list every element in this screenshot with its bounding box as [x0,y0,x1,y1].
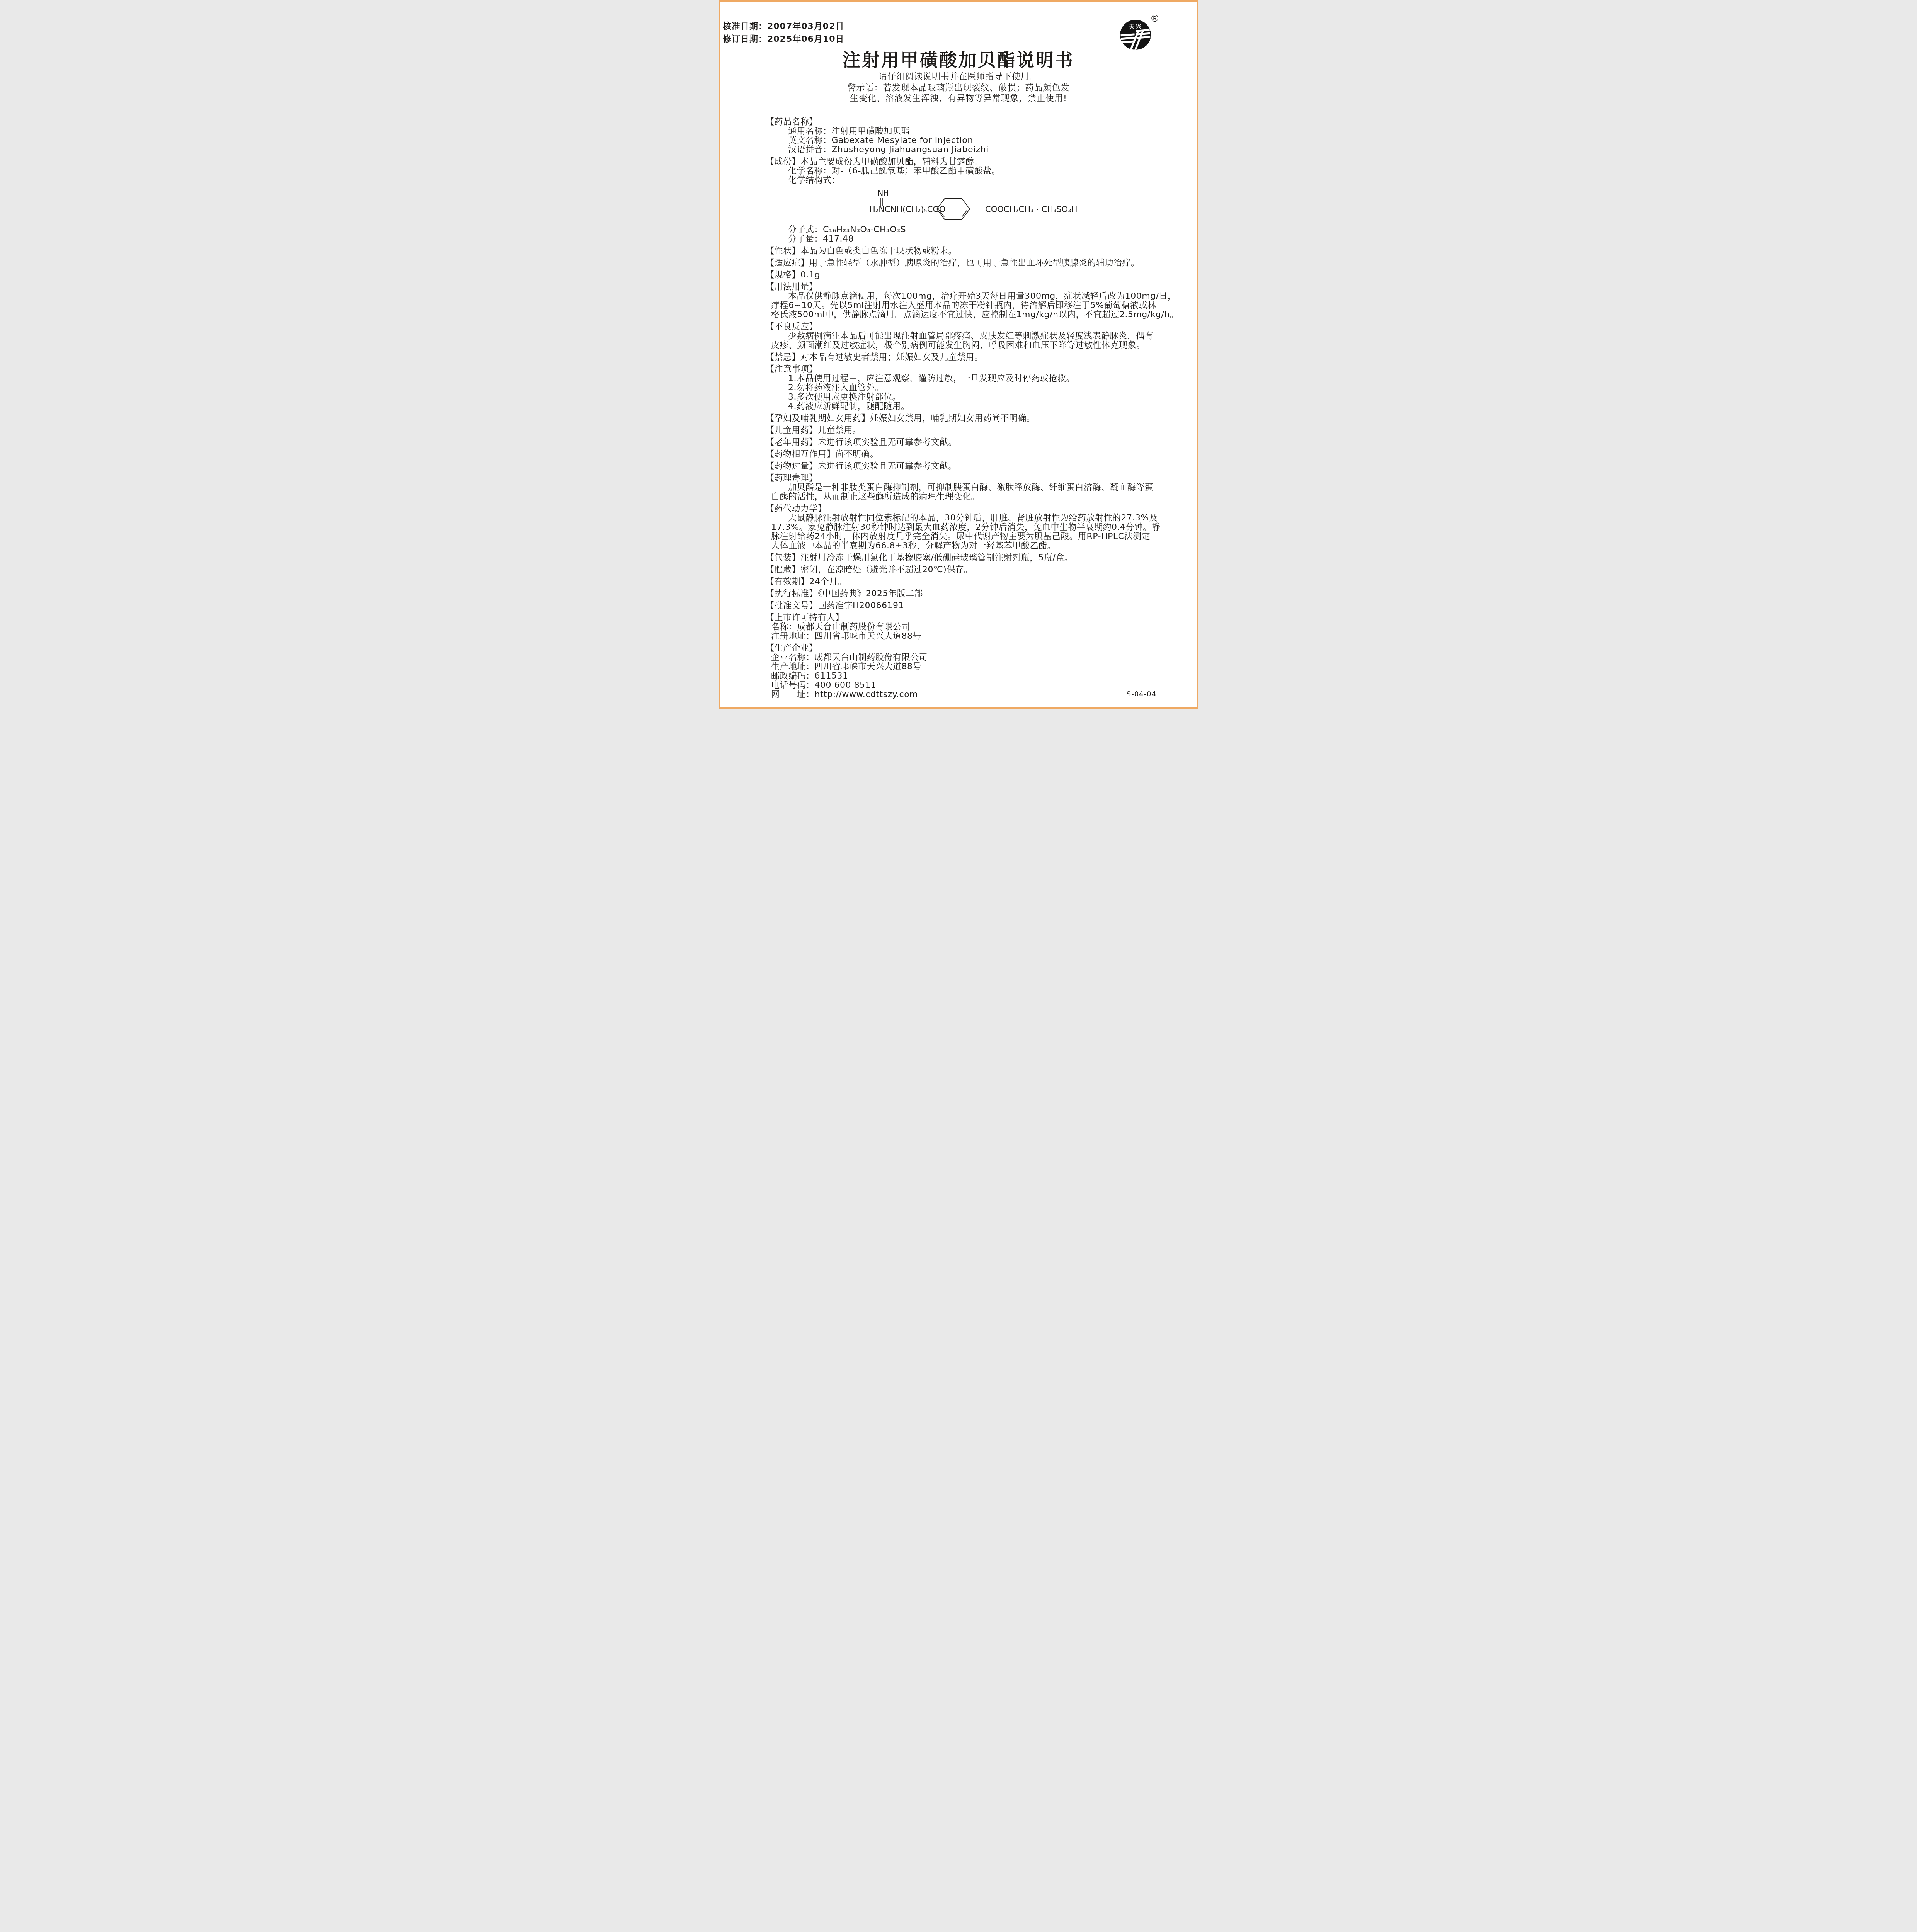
section-specification: 【规格】0.1g [766,270,1156,280]
pharmacology-line-1: 加贝酯是一种非肽类蛋白酶抑制剂，可抑制胰蛋白酶、激肽释放酶、纤维蛋白溶酶、凝血酶… [766,483,1156,492]
section-dosage: 【用法用量】 本品仅供静脉点滴使用，每次100mg，治疗开始3天每日用量300m… [766,282,1156,320]
pinyin-line: 汉语拼音：Zhusheyong Jiahuangsuan Jiabeizhi [766,145,1156,155]
section-standard-label: 【执行标准】 [766,589,818,599]
section-license-holder: 【上市许可持有人】 名称：成都天台山制药股份有限公司 注册地址：四川省邛崃市天兴… [766,613,1156,641]
chemical-structure-diagram: NH H₂NCNH(CH₂)₅COO COOCH₂CH₃ · CH₃SO₃ [766,187,1159,224]
section-elderly: 【老年用药】未进行该项实验且无可靠参考文献。 [766,438,1156,447]
specification-text: 0.1g [800,270,820,280]
structure-label-line: 化学结构式： [766,176,1156,185]
children-text: 儿童禁用。 [818,425,861,435]
dosage-line-3: 格氏液500ml中，供静脉点滴用。点滴速度不宜过快，应控制在1mg/kg/h以内… [766,310,1156,320]
section-composition: 【成份】本品主要成份为甲磺酸加贝酯，辅料为甘露醇。 化学名称：对-（6-胍己酰氧… [766,157,1156,244]
elderly-text: 未进行该项实验且无可靠参考文献。 [818,437,957,447]
license-holder-address-line: 注册地址：四川省邛崃市天兴大道88号 [766,632,1156,641]
section-adverse-label: 【不良反应】 [766,322,1156,332]
storage-line: 【贮藏】密闭，在凉暗处（避光并不超过20℃)保存。 [766,565,1156,575]
section-specification-label: 【规格】 [766,270,800,280]
warning-statement: 警示语：若发现本品玻璃瓶出现裂纹、破损；药品颜色发 生变化、溶液发生浑浊、有异物… [720,83,1197,104]
indications-text: 用于急性轻型（水肿型）胰腺炎的治疗，也可用于急性出血坏死型胰腺炎的辅助治疗。 [809,258,1140,268]
section-indications-label: 【适应症】 [766,258,809,268]
pharmacokinetics-line-1: 大鼠静脉注射放射性同位素标记的本品，30分钟后，肝脏、肾脏放射性为给药放射性的2… [766,514,1156,523]
pharmacology-line-2: 白酶的活性，从而制止这些酶所造成的病理生理变化。 [766,492,1156,502]
overdose-text: 未进行该项实验且无可靠参考文献。 [818,461,957,471]
pharmacokinetics-line-2: 17.3%。家兔静脉注射30秒钟时达到最大血药浓度，2分钟后消失，兔血中生物半衰… [766,523,1156,532]
manufacturer-website-line: 网 址：http://www.cdttszy.com S-04-04 [766,690,1156,699]
page-title: 注射用甲磺酸加贝酯说明书 [720,49,1197,70]
contraindications-text: 对本品有过敏史者禁用；妊娠妇女及儿童禁用。 [800,352,983,362]
dosage-line-2: 疗程6~10天。先以5ml注射用水注入盛用本品的冻干粉针瓶内，待溶解后即移注于5… [766,301,1156,310]
section-pharmacokinetics-label: 【药代动力学】 [766,504,1156,514]
standard-line: 【执行标准】《中国药典》2025年版二部 [766,589,1156,599]
read-instruction-note: 请仔细阅读说明书并在医师指导下使用。 [720,72,1197,82]
packaging-line: 【包装】注射用冷冻干燥用氯化丁基橡胶塞/低硼硅玻璃管制注射剂瓶，5瓶/盒。 [766,553,1156,563]
section-storage-label: 【贮藏】 [766,565,800,575]
adverse-line-1: 少数病例滴注本品后可能出现注射血管局部疼痛、皮肤发红等刺激症状及轻度浅表静脉炎，… [766,332,1156,341]
section-overdose: 【药物过量】未进行该项实验且无可靠参考文献。 [766,462,1156,471]
elderly-line: 【老年用药】未进行该项实验且无可靠参考文献。 [766,438,1156,447]
section-pharmacokinetics: 【药代动力学】 大鼠静脉注射放射性同位素标记的本品，30分钟后，肝脏、肾脏放射性… [766,504,1156,551]
logo-brand-text: 天兴 [1129,23,1142,30]
manufacturer-name-line: 企业名称：成都天台山制药股份有限公司 [766,653,1156,662]
manufacturer-postcode-line: 邮政编码：611531 [766,672,1156,681]
pregnancy-line: 【孕妇及哺乳期妇女用药】妊娠妇女禁用，哺乳期妇女用药尚不明确。 [766,414,1156,423]
section-contraindications: 【禁忌】对本品有过敏史者禁用；妊娠妇女及儿童禁用。 [766,353,1156,362]
section-drug-name: 【药品名称】 通用名称：注射用甲磺酸加贝酯 英文名称：Gabexate Mesy… [766,117,1156,155]
section-children-label: 【儿童用药】 [766,425,818,435]
structure-left-chain: H₂NCNH(CH₂)₅COO [869,205,945,214]
section-dosage-label: 【用法用量】 [766,282,1156,292]
section-validity-label: 【有效期】 [766,577,809,587]
section-contraindications-label: 【禁忌】 [766,352,800,362]
molecular-weight-line: 分子量：417.48 [766,235,1156,244]
section-packaging: 【包装】注射用冷冻干燥用氯化丁基橡胶塞/低硼硅玻璃管制注射剂瓶，5瓶/盒。 [766,553,1156,563]
precaution-item-3: 3.多次使用应更换注射部位。 [766,393,1156,402]
warning-line-1: 警示语：若发现本品玻璃瓶出现裂纹、破损；药品颜色发 [720,83,1197,93]
section-properties: 【性状】本品为白色或类白色冻干块状物或粉末。 [766,247,1156,256]
section-composition-label: 【成份】 [766,157,800,167]
properties-text: 本品为白色或类白色冻干块状物或粉末。 [800,246,957,256]
section-interactions: 【药物相互作用】尚不明确。 [766,450,1156,459]
chemical-structure: NH H₂NCNH(CH₂)₅COO COOCH₂CH₃ · CH₃SO₃ [766,187,1156,224]
section-approval-number-label: 【批准文号】 [766,601,818,611]
chemical-name-line: 化学名称：对-（6-胍己酰氧基）苯甲酸乙酯甲磺酸盐。 [766,167,1156,176]
precaution-item-1: 1.本品使用过程中，应注意观察，谨防过敏，一旦发现应及时停药或抢救。 [766,374,1156,383]
section-interactions-label: 【药物相互作用】 [766,449,835,459]
standard-text: 《中国药典》2025年版二部 [818,589,923,599]
section-validity: 【有效期】24个月。 [766,577,1156,587]
storage-text: 密闭，在凉暗处（避光并不超过20℃)保存。 [800,565,973,575]
section-manufacturer-label: 【生产企业】 [766,644,1156,653]
section-pregnancy: 【孕妇及哺乳期妇女用药】妊娠妇女禁用，哺乳期妇女用药尚不明确。 [766,414,1156,423]
english-name-line: 英文名称：Gabexate Mesylate for Injection [766,136,1156,145]
section-approval-number: 【批准文号】国药准字H20066191 [766,601,1156,611]
section-precautions: 【注意事项】 1.本品使用过程中，应注意观察，谨防过敏，一旦发现应及时停药或抢救… [766,365,1156,411]
composition-text: 本品主要成份为甲磺酸加贝酯，辅料为甘露醇。 [800,157,983,167]
validity-line: 【有效期】24个月。 [766,577,1156,587]
contraindications-line: 【禁忌】对本品有过敏史者禁用；妊娠妇女及儿童禁用。 [766,353,1156,362]
section-manufacturer: 【生产企业】 企业名称：成都天台山制药股份有限公司 生产地址：四川省邛崃市天兴大… [766,644,1156,699]
manufacturer-phone-line: 电话号码：400 600 8511 [766,681,1156,690]
packaging-text: 注射用冷冻干燥用氯化丁基橡胶塞/低硼硅玻璃管制注射剂瓶，5瓶/盒。 [800,553,1073,563]
interactions-text: 尚不明确。 [835,449,879,459]
children-line: 【儿童用药】儿童禁用。 [766,426,1156,435]
molecular-formula-line: 分子式：C₁₆H₂₃N₃O₄·CH₄O₃S [766,225,1156,235]
approval-number-line: 【批准文号】国药准字H20066191 [766,601,1156,611]
manufacturer-website-text: 网 址：http://www.cdttszy.com [771,690,918,699]
section-standard: 【执行标准】《中国药典》2025年版二部 [766,589,1156,599]
section-pharmacology-label: 【药理毒理】 [766,474,1156,483]
section-adverse-reactions: 【不良反应】 少数病例滴注本品后可能出现注射血管局部疼痛、皮肤发红等刺激症状及轻… [766,322,1156,350]
tianxing-logo: 天兴 ® [1119,17,1162,53]
overdose-line: 【药物过量】未进行该项实验且无可靠参考文献。 [766,462,1156,471]
section-pregnancy-label: 【孕妇及哺乳期妇女用药】 [766,413,870,423]
indications-line: 【适应症】用于急性轻型（水肿型）胰腺炎的治疗，也可用于急性出血坏死型胰腺炎的辅助… [766,259,1156,268]
structure-imine-label: NH [878,189,889,198]
generic-name-line: 通用名称：注射用甲磺酸加贝酯 [766,127,1156,136]
section-precautions-label: 【注意事项】 [766,365,1156,374]
pregnancy-text: 妊娠妇女禁用，哺乳期妇女用药尚不明确。 [870,413,1035,423]
section-license-holder-label: 【上市许可持有人】 [766,613,1156,622]
section-pharmacology: 【药理毒理】 加贝酯是一种非肽类蛋白酶抑制剂，可抑制胰蛋白酶、激肽释放酶、纤维蛋… [766,474,1156,502]
section-elderly-label: 【老年用药】 [766,437,818,447]
leaflet-body: 【药品名称】 通用名称：注射用甲磺酸加贝酯 英文名称：Gabexate Mesy… [720,117,1197,699]
validity-text: 24个月。 [809,577,847,587]
composition-line: 【成份】本品主要成份为甲磺酸加贝酯，辅料为甘露醇。 [766,157,1156,167]
package-insert-page: 核准日期：2007年03月02日 修订日期：2025年06月10日 [719,0,1198,709]
structure-right-chain: COOCH₂CH₃ · CH₃SO₃H [985,205,1077,214]
pharmacokinetics-line-3: 脉注射给药24小时，体内放射度几乎完全消失。尿中代谢产物主要为胍基己酸。用RP-… [766,532,1156,541]
precaution-item-2: 2.勿将药液注入血管外。 [766,383,1156,393]
specification-line: 【规格】0.1g [766,270,1156,280]
warning-line-2: 生变化、溶液发生浑浊、有异物等异常现象，禁止使用! [720,93,1197,104]
dosage-line-1: 本品仅供静脉点滴使用，每次100mg，治疗开始3天每日用量300mg，症状减轻后… [766,292,1156,301]
section-indications: 【适应症】用于急性轻型（水肿型）胰腺炎的治疗，也可用于急性出血坏死型胰腺炎的辅助… [766,259,1156,268]
registered-trademark-icon: ® [1150,13,1159,24]
section-overdose-label: 【药物过量】 [766,461,818,471]
section-packaging-label: 【包装】 [766,553,800,563]
manufacturer-address-line: 生产地址：四川省邛崃市天兴大道88号 [766,662,1156,672]
section-children: 【儿童用药】儿童禁用。 [766,426,1156,435]
properties-line: 【性状】本品为白色或类白色冻干块状物或粉末。 [766,247,1156,256]
approval-number-text: 国药准字H20066191 [818,601,904,611]
pharmacokinetics-line-4: 人体血液中本品的半衰期为66.8±3秒，分解产物为对一羟基苯甲酸乙酯。 [766,541,1156,551]
doc-code: S-04-04 [1127,690,1156,699]
tianxing-logo-icon: 天兴 [1119,17,1155,51]
section-storage: 【贮藏】密闭，在凉暗处（避光并不超过20℃)保存。 [766,565,1156,575]
interactions-line: 【药物相互作用】尚不明确。 [766,450,1156,459]
license-holder-name-line: 名称：成都天台山制药股份有限公司 [766,622,1156,632]
section-drug-name-label: 【药品名称】 [766,117,1156,127]
precaution-item-4: 4.药液应新鲜配制，随配随用。 [766,402,1156,411]
adverse-line-2: 皮疹、颜面潮红及过敏症状，极个别病例可能发生胸闷、呼吸困难和血压下降等过敏性休克… [766,341,1156,350]
section-properties-label: 【性状】 [766,246,800,256]
